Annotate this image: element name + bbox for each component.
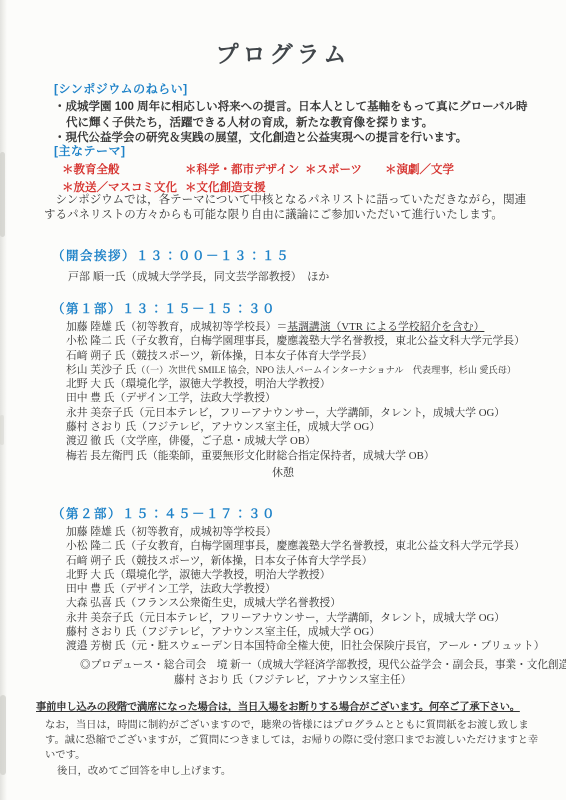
speaker-line: 田中 豊 氏（デザイン工学，法政大学教授） — [66, 391, 525, 405]
speaker-line: 北野 大 氏（環境化学，淑徳大学教授，明治大学教授） — [66, 568, 545, 582]
part2-header: （第２部）１５：４５－１７：３０ — [52, 504, 545, 522]
document-page: プログラム [シンポジウムのねらい] ・成城学園 100 周年に相応しい将来への… — [0, 0, 566, 800]
aim-header: [シンポジウムのねらい] — [54, 80, 532, 97]
footer-closing: 後日，改めてご回答を申し上げます。 — [57, 764, 542, 779]
part1-speaker-list: 加藤 陸雄 氏（初等教育，成城初等学校長）＝基調講演（VTR による学校紹介を含… — [66, 320, 525, 463]
producer-line: ◎プロデュース・総合司会 境 新一（成城大学経済学部教授，現代公益学会・副会長，… — [80, 658, 566, 673]
speaker-line: 北野 大 氏（環境化学，淑徳大学教授，明治大学教授） — [66, 377, 525, 391]
part1-header: （第１部）１３：１５－１５：３０ — [52, 299, 525, 317]
scan-artifact — [0, 152, 5, 237]
theme-item: ＊科学・都市デザイン — [185, 163, 305, 177]
speaker-line: 田中 豊 氏（デザイン工学，法政大学教授） — [66, 582, 545, 596]
aim-bullet-list: ・成城学園 100 周年に相応しい将来への提言。日本人として基軸をもって真にグロ… — [54, 100, 532, 147]
themes-header: [主なテーマ] — [54, 142, 544, 159]
part2-speaker-list: 加藤 陸雄 氏（初等教育，成城初等学校長）小松 隆二 氏（子女教育，白梅学園理事… — [66, 525, 545, 654]
themes-section: [主なテーマ] ＊教育全般＊科学・都市デザイン＊スポーツ＊演劇／文学 ＊放送／マ… — [54, 142, 544, 195]
footer-notice: 事前申し込みの段階で満席になった場合は，当日入場をお断りする場合がございます。何… — [36, 698, 542, 713]
speaker-line: 永井 美奈子氏（元日本テレビ，フリーアナウンサー，大学講師，タレント，成城大学 … — [66, 611, 545, 625]
producer-section: ◎プロデュース・総合司会 境 新一（成城大学経済学部教授，現代公益学会・副会長，… — [80, 658, 566, 688]
page-title: プログラム — [0, 36, 566, 69]
scan-edge-shadow — [0, 0, 7, 800]
speaker-line: 渡邉 芳樹 氏（元・駐スウェーデン日本国特命全権大使，旧社会保険庁長官，アール・… — [66, 639, 545, 653]
theme-item: ＊スポーツ — [305, 163, 385, 177]
speaker-line: 加藤 陸雄 氏（初等教育，成城初等学校長） — [66, 525, 545, 539]
speaker-line: 梅若 長左衛門 氏（能楽師，重要無形文化財総合指定保持者，成城大学 OB） — [66, 449, 525, 463]
scan-artifact — [0, 695, 6, 775]
speaker-line: 小松 隆二 氏（子女教育，白梅学園理事長，慶應義塾大学名誉教授，東北公益文科大学… — [66, 539, 545, 553]
speaker-line: 永井 美奈子氏（元日本テレビ，フリーアナウンサー，大学講師，タレント，成城大学 … — [66, 406, 525, 420]
theme-row-1: ＊教育全般＊科学・都市デザイン＊スポーツ＊演劇／文学 — [62, 163, 544, 177]
speaker-line: 石﨑 朔子 氏（競技スポーツ，新体操，日本女子体育大学学長） — [66, 349, 525, 363]
aim-section: [シンポジウムのねらい] ・成城学園 100 周年に相応しい将来への提言。日本人… — [54, 80, 532, 147]
footer-section: 事前申し込みの段階で満席になった場合は，当日入場をお断りする場合がございます。何… — [36, 698, 542, 779]
intro-paragraph: シンポジウムでは，各テーマについて中核となるパネリストに語っていただきながら，関… — [44, 193, 536, 223]
break-label: 休憩 — [0, 464, 566, 480]
speaker-line: 藤村 さおり 氏（フジテレビ，アナウンス室主任，成城大学 OG） — [66, 625, 545, 639]
speaker-line: 杉山 芙沙子 氏（（一）次世代 SMILE 協会，NPO 法人パームインターナシ… — [66, 363, 525, 377]
producer-line: 藤村 さおり 氏（フジテレビ，アナウンス室主任） — [174, 673, 566, 688]
theme-item: ＊演劇／文学 — [385, 163, 454, 177]
aim-bullet: ・成城学園 100 周年に相応しい将来への提言。日本人として基軸をもって真にグロ… — [54, 100, 532, 131]
opening-header: （開会挨拶）１３：００－１３：１５ — [52, 246, 329, 264]
part2-section: （第２部）１５：４５－１７：３０ 加藤 陸雄 氏（初等教育，成城初等学校長）小松… — [52, 504, 545, 654]
scan-artifact — [0, 415, 4, 445]
speaker-line: 渡辺 徹 氏（文学座，俳優，ご子息・成城大学 OB） — [66, 434, 525, 448]
speaker-line: 藤村 さおり 氏（フジテレビ，アナウンス室主任，成城大学 OG） — [66, 420, 525, 434]
speaker-line: 石﨑 朔子 氏（競技スポーツ，新体操，日本女子体育大学学長） — [66, 554, 545, 568]
footer-body: なお，当日は，時間に制約がございますので，聴衆の皆様にはプログラムとともに質問紙… — [45, 718, 542, 764]
opening-section: （開会挨拶）１３：００－１３：１５ 戸部 順一氏（成城大学学長，同文芸学部教授）… — [52, 246, 329, 284]
theme-item: ＊教育全般 — [62, 163, 185, 177]
speaker-line: 大森 弘喜 氏（フランス公衆衛生史，成城大学名誉教授） — [66, 596, 545, 610]
part1-section: （第１部）１３：１５－１５：３０ 加藤 陸雄 氏（初等教育，成城初等学校長）＝基… — [52, 299, 525, 463]
speaker-line: 小松 隆二 氏（子女教育，白梅学園理事長，慶應義塾大学名誉教授，東北公益文科大学… — [66, 334, 525, 348]
speaker-line: 加藤 陸雄 氏（初等教育，成城初等学校長）＝基調講演（VTR による学校紹介を含… — [66, 320, 525, 334]
opening-speaker-line: 戸部 順一氏（成城大学学長，同文芸学部教授） ほか — [68, 268, 329, 284]
